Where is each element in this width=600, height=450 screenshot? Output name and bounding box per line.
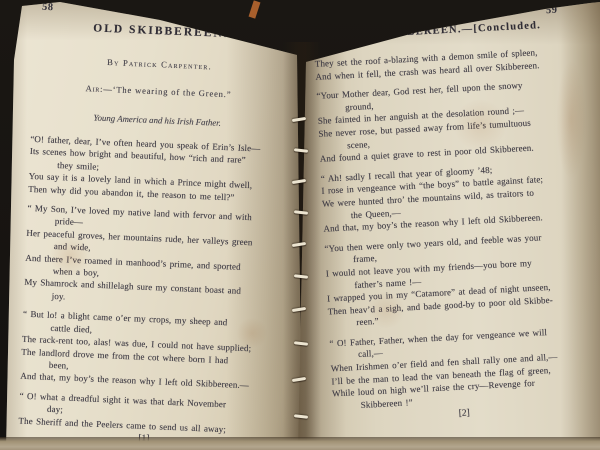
right-page-stanzas: They set the roof a-blazing with a demon… — [315, 44, 595, 413]
song-subtitle: Young America and his Irish Father. — [31, 110, 283, 131]
stanza: They set the roof a-blazing with a demon… — [315, 44, 578, 83]
air-label: Air:— — [85, 83, 113, 94]
air-line: Air:—‘The wearing of the Green.” — [32, 81, 284, 102]
stanza: “ But lo! a blight came o’er my crops, m… — [20, 308, 275, 393]
stanza: “O! father, dear, I’ve often heard you s… — [28, 133, 282, 206]
song-title: OLD SKIBBEREEN. — [35, 20, 287, 43]
book-photograph: 58 OLD SKIBBEREEN. By Patrick Carpenter.… — [0, 0, 600, 450]
stanza: “ O! Father, Father, when the day for ve… — [329, 324, 595, 413]
stanza: “You then were only two years old, and f… — [324, 229, 590, 331]
right-page: 59 OLD SKIBBEREEN.—[Concluded. They set … — [298, 0, 600, 450]
stanza: “Your Mother dear, God rest her, fell up… — [316, 76, 582, 165]
left-page-stanzas: “O! father, dear, I’ve often heard you s… — [18, 133, 282, 437]
stanza: “ My Son, I’ve loved my native land with… — [24, 202, 280, 312]
stanza: “ Ah! sadly I recall that year of gloomy… — [321, 159, 586, 236]
left-page: 58 OLD SKIBBEREEN. By Patrick Carpenter.… — [0, 0, 302, 450]
air-title: ‘The wearing of the Green.” — [113, 84, 232, 99]
song-title-concluded: OLD SKIBBEREEN.—[Concluded. — [313, 18, 575, 43]
right-page-text: OLD SKIBBEREEN.—[Concluded. They set the… — [312, 0, 595, 426]
stitch — [292, 117, 306, 122]
bookmark-fragment — [249, 0, 261, 18]
byline: By Patrick Carpenter. — [33, 54, 285, 75]
book-bottom-edge — [0, 437, 600, 450]
left-page-text: OLD SKIBBEREEN. By Patrick Carpenter. Ai… — [18, 4, 288, 449]
